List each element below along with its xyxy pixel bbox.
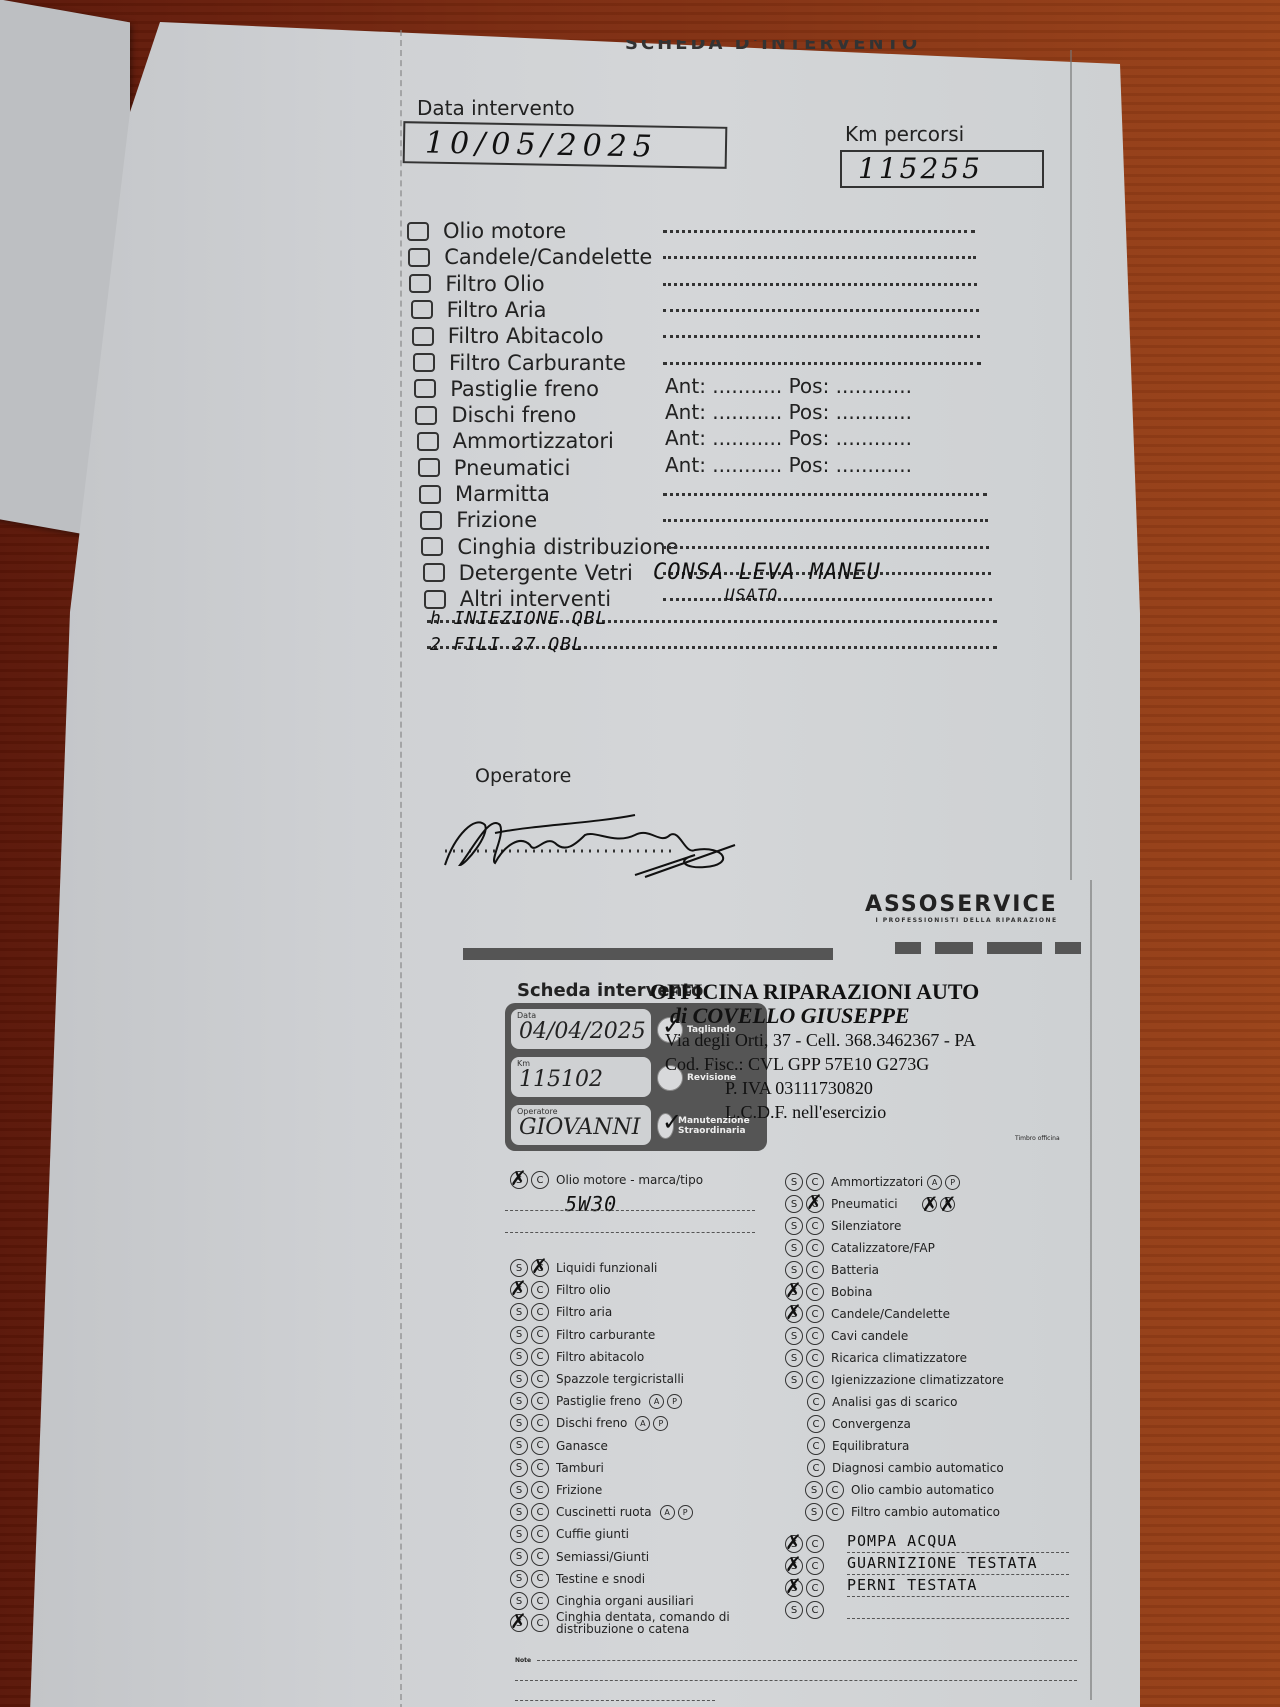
checkbox[interactable] [417,432,439,451]
c-circle[interactable]: C [531,1481,549,1499]
front-circle[interactable]: A [922,1197,937,1212]
service-line[interactable] [847,1574,1069,1575]
c-circle[interactable]: C [531,1459,549,1477]
service-label: Filtro aria [556,1305,612,1319]
s-circle[interactable]: S [510,1348,528,1366]
s-circle[interactable]: S [805,1481,823,1499]
band-segment [987,942,1042,954]
service-row: SCCatalizzatore/FAP [785,1238,935,1258]
checkbox[interactable] [421,537,443,556]
c-circle[interactable]: C [531,1370,549,1388]
service-row: SCSilenziatore [785,1216,901,1236]
checkbox[interactable] [408,248,430,267]
dotted-line[interactable] [663,493,987,496]
service-label: Cinghia organi ausiliari [556,1594,694,1608]
service-row: SCAmmortizzatoriAP [785,1172,963,1192]
checklist-item: Cinghia distribuzione [421,534,678,560]
service-row: SCOlio cambio automatico [805,1480,994,1500]
s-circle[interactable]: S [785,1601,803,1619]
checklist-item-label: Frizione [456,508,537,532]
s-circle[interactable]: S [510,1303,528,1321]
checklist-item: Frizione [420,507,537,533]
s-circle[interactable]: S [785,1371,803,1389]
km-field[interactable]: Km 115102 [511,1057,651,1097]
c-circle[interactable]: C [531,1548,549,1566]
c-circle[interactable]: C [531,1570,549,1588]
service-label: Tamburi [556,1461,604,1475]
stamp-line: L.C.D.F. nell'esercizio [650,1100,979,1124]
checklist-item: Dischi freno [415,402,576,428]
handwritten-note: USATO [725,585,778,604]
handwritten-service: POMPA ACQUA [847,1532,957,1550]
service-label: Cinghia dentata, comando di distribuzion… [556,1611,736,1635]
service-label: Ganasce [556,1439,608,1453]
checkbox[interactable] [419,485,441,504]
handwritten-note: h INIEZIONE QBL [430,608,608,629]
c-circle[interactable]: C [531,1326,549,1344]
checklist-item-label: Pastiglie freno [450,377,599,401]
stamp-caption: Timbro officina [1015,1135,1060,1142]
service-row: SCTamburi [510,1458,604,1478]
checklist-item-label: Dischi freno [451,403,576,427]
front-circle[interactable]: A [635,1416,650,1431]
service-label: Olio cambio automatico [851,1483,994,1497]
c-circle[interactable]: C [806,1557,824,1575]
service-row: SCTestine e snodi [510,1569,645,1589]
checklist-item-label: Filtro Carburante [449,351,626,375]
checklist-item: Detergente Vetri [423,560,633,586]
service-label: Cuscinetti ruota [556,1505,652,1519]
service-row: SC [785,1556,827,1576]
rear-circle[interactable]: P [945,1175,960,1190]
checklist-item-label: Marmitta [455,482,550,506]
checklist-item-label: Pneumatici [454,456,571,480]
c-circle[interactable]: C [531,1414,549,1432]
checklist-item: Filtro Carburante [413,350,626,376]
service-row: SCSpazzole tergicristalli [510,1369,684,1389]
checkbox[interactable] [414,379,436,398]
service-line[interactable] [847,1618,1069,1619]
handwritten-service: PERNI TESTATA [847,1576,977,1594]
km-value: 115102 [519,1067,603,1092]
c-circle[interactable]: C [807,1459,825,1477]
s-circle[interactable]: S [510,1437,528,1455]
service-label: Ammortizzatori [831,1175,923,1189]
service-row: SCCandele/Candelette [785,1304,950,1324]
service-row: SCCuffie giunti [510,1524,629,1544]
service-row: SCIgienizzazione climatizzatore [785,1370,1004,1390]
s-circle[interactable]: S [785,1283,803,1301]
service-label: Diagnosi cambio automatico [832,1461,1004,1475]
handwritten-note: 2 FILI 27 QBL [430,634,584,655]
service-row: SCDischi frenoAP [510,1413,671,1433]
km-field[interactable]: 115255 [840,150,1044,188]
band-segment [935,942,973,954]
ant-pos-fields[interactable]: Ant: ........... Pos: ............ [665,374,912,398]
s-circle[interactable]: S [510,1525,528,1543]
oil-type-value: 5W30 [565,1192,617,1216]
checkbox[interactable] [424,590,446,609]
checkbox[interactable] [415,406,437,425]
s-circle[interactable]: S [510,1614,528,1632]
service-label: Pneumatici [831,1197,898,1211]
s-circle[interactable]: S [785,1327,803,1345]
stamp-line: Cod. Fisc.: CVL GPP 57E10 G273G [650,1052,979,1076]
service-row: CEquilibratura [807,1436,909,1456]
c-circle[interactable]: C [806,1283,824,1301]
checklist-item-label: Detergente Vetri [459,561,633,585]
c-circle[interactable]: C [806,1195,824,1213]
workshop-stamp: OFFICINA RIPARAZIONI AUTO di COVELLO GIU… [650,980,979,1124]
c-circle[interactable]: C [806,1349,824,1367]
service-row: SCBobina [785,1282,872,1302]
operator-field[interactable]: Operatore GIOVANNI [511,1105,651,1145]
checklist-item-label: Ammortizzatori [453,429,614,453]
c-circle[interactable]: C [531,1614,549,1632]
handwritten-note: CONSA LEVA MANEU [653,560,881,585]
service-label: Filtro olio [556,1283,611,1297]
front-circle[interactable]: A [649,1394,664,1409]
service-row: SC [785,1578,827,1598]
s-circle[interactable]: S [785,1239,803,1257]
s-circle[interactable]: S [510,1326,528,1344]
service-label: Equilibratura [832,1439,909,1453]
s-circle[interactable]: S [510,1481,528,1499]
dotted-line[interactable] [663,519,988,522]
s-circle[interactable]: S [510,1259,528,1277]
km-label: Km percorsi [845,122,964,146]
c-circle[interactable]: C [806,1535,824,1553]
stamp-line: OFFICINA RIPARAZIONI AUTO [650,980,979,1004]
c-circle[interactable]: C [807,1393,825,1411]
checkbox[interactable] [407,222,429,241]
checkbox[interactable] [409,274,431,293]
s-circle[interactable]: S [510,1592,528,1610]
front-rear-options: AP [660,1505,696,1520]
service-label: Frizione [556,1483,602,1497]
s-circle[interactable]: S [510,1414,528,1432]
dotted-line[interactable] [663,309,979,312]
notes-line[interactable] [537,1660,1077,1661]
service-row: SCPastiglie frenoAP [510,1391,685,1411]
service-row: SCBatteria [785,1260,879,1280]
c-circle[interactable]: C [806,1239,824,1257]
service-row: SCCavi candele [785,1326,908,1346]
front-rear-options: AP [635,1416,671,1431]
stamp-line: P. IVA 03111730820 [650,1076,979,1100]
s-circle[interactable]: S [785,1261,803,1279]
s-circle[interactable]: S [805,1503,823,1521]
service-label: Dischi freno [556,1416,627,1430]
oil-type-line[interactable] [505,1210,755,1211]
service-row: SCCuscinetti ruotaAP [510,1502,696,1522]
service-row: SCFiltro olio [510,1280,611,1300]
c-circle[interactable]: C [806,1371,824,1389]
service-label: Convergenza [832,1417,911,1431]
assoservice-logo: ASSOSERVICE I PROFESSIONISTI DELLA RIPAR… [865,892,1058,924]
checklist-item: Marmitta [419,481,550,507]
date-field[interactable]: Data 04/04/2025 [511,1009,651,1049]
service-line[interactable] [847,1596,1069,1597]
checkbox[interactable] [412,327,434,346]
band-segment [1055,942,1081,954]
c-circle[interactable]: C [531,1348,549,1366]
ant-pos-fields[interactable]: Ant: ........... Pos: ............ [665,426,912,450]
service-label: Candele/Candelette [831,1307,950,1321]
service-row: SCFiltro carburante [510,1325,655,1345]
s-circle[interactable]: S [510,1503,528,1521]
c-circle[interactable]: C [806,1261,824,1279]
service-row: SCLiquidi funzionali [510,1258,657,1278]
c-circle[interactable]: C [531,1437,549,1455]
c-circle[interactable]: C [826,1503,844,1521]
rear-circle[interactable]: P [940,1197,955,1212]
c-circle[interactable]: C [806,1601,824,1619]
dotted-line[interactable] [663,546,989,549]
c-circle[interactable]: C [531,1259,549,1277]
assoservice-form: ASSOSERVICE I PROFESSIONISTI DELLA RIPAR… [455,880,1095,1707]
rear-circle[interactable]: P [678,1505,693,1520]
s-circle[interactable]: S [785,1305,803,1323]
checklist-item-label: Candele/Candelette [444,245,652,269]
service-label: Filtro abitacolo [556,1350,644,1364]
service-row: CDiagnosi cambio automatico [807,1458,1004,1478]
service-row: SCGanasce [510,1436,608,1456]
notes-line[interactable] [515,1700,715,1701]
c-circle[interactable]: C [806,1579,824,1597]
service-row: SCOlio motore - marca/tipo [510,1170,703,1190]
s-circle[interactable]: S [510,1392,528,1410]
service-label: Cuffie giunti [556,1527,629,1541]
c-circle[interactable]: C [531,1503,549,1521]
service-label: Semiassi/Giunti [556,1550,649,1564]
s-circle[interactable]: S [785,1349,803,1367]
notes-line[interactable] [515,1680,1077,1681]
c-circle[interactable]: C [531,1392,549,1410]
s-circle[interactable]: S [785,1579,803,1597]
km-value: 115255 [858,152,983,185]
service-row: SCFrizione [510,1480,602,1500]
checklist-item: Pneumatici [418,455,571,481]
front-rear-options: AP [922,1197,958,1212]
s-circle[interactable]: S [785,1535,803,1553]
c-circle[interactable]: C [531,1592,549,1610]
checkbox[interactable] [418,458,440,477]
s-circle[interactable]: S [785,1195,803,1213]
s-circle[interactable]: S [510,1570,528,1588]
dotted-line[interactable] [663,256,976,259]
checklist-item-label: Filtro Abitacolo [448,324,604,348]
service-label: Cavi candele [831,1329,908,1343]
service-row: SCCinghia organi ausiliari [510,1591,694,1611]
form-title: SCHEDA D'INTERVENTO [625,40,920,54]
c-circle[interactable]: C [806,1173,824,1191]
date-field[interactable]: 10/05/2025 [403,121,728,169]
service-row: SC [785,1534,827,1554]
date-value: 10/05/2025 [425,126,658,165]
service-row: CAnalisi gas di scarico [807,1392,957,1412]
top-service-form: SCHEDA D'INTERVENTO Data intervento 10/0… [395,30,1075,880]
checklist-item-label: Cinghia distribuzione [457,535,678,559]
stamp-line: Via degli Orti, 37 - Cell. 368.3462367 -… [650,1028,979,1052]
ant-pos-fields[interactable]: Ant: ........... Pos: ............ [665,453,912,477]
s-circle[interactable]: S [785,1557,803,1575]
operator-label: Operatore [475,765,571,787]
service-label: Silenziatore [831,1219,901,1233]
brand-name: ASSOSERVICE [865,892,1058,917]
dotted-line[interactable] [663,230,975,233]
service-label: Igienizzazione climatizzatore [831,1373,1004,1387]
service-label: Filtro cambio automatico [851,1505,1000,1519]
checkbox[interactable] [420,511,442,530]
operator-value: GIOVANNI [519,1115,640,1140]
c-circle[interactable]: C [807,1415,825,1433]
service-label: Filtro carburante [556,1328,655,1342]
checklist-item: Filtro Abitacolo [412,323,604,349]
checklist-item: Pastiglie freno [414,376,599,402]
notes-label: Note [515,1650,531,1670]
service-label: Liquidi funzionali [556,1261,657,1275]
checklist-item: Candele/Candelette [408,244,652,270]
c-circle[interactable]: C [806,1217,824,1235]
s-circle[interactable]: S [785,1173,803,1191]
checklist-item: Olio motore [407,218,566,244]
checklist-item-label: Filtro Olio [445,272,544,296]
rear-circle[interactable]: P [667,1394,682,1409]
service-label: Analisi gas di scarico [832,1395,957,1409]
service-row: SCCinghia dentata, comando di distribuzi… [510,1613,736,1633]
c-circle[interactable]: C [806,1327,824,1345]
stamp-line: di COVELLO GIUSEPPE [650,1004,979,1028]
front-rear-options: AP [927,1175,963,1190]
checklist-item: Filtro Aria [411,297,547,323]
service-row: CConvergenza [807,1414,911,1434]
service-label: Pastiglie freno [556,1394,641,1408]
c-circle[interactable]: C [531,1281,549,1299]
c-circle[interactable]: C [807,1437,825,1455]
service-label: Bobina [831,1285,872,1299]
front-circle[interactable]: A [927,1175,942,1190]
checklist-item: Filtro Olio [409,271,544,297]
service-row: SCPneumaticiAP [785,1194,958,1214]
service-label: Testine e snodi [556,1572,645,1586]
c-circle[interactable]: C [806,1305,824,1323]
s-circle[interactable]: S [510,1171,528,1189]
checkbox[interactable] [423,563,445,582]
oil-type-line[interactable] [505,1232,755,1233]
dotted-line[interactable] [663,335,980,338]
checklist-item-label: Filtro Aria [447,298,547,322]
service-label: Olio motore - marca/tipo [556,1173,703,1187]
checkbox[interactable] [413,353,435,372]
s-circle[interactable]: S [510,1370,528,1388]
checkbox[interactable] [411,300,433,319]
c-circle[interactable]: C [531,1171,549,1189]
service-row: SCRicarica climatizzatore [785,1348,967,1368]
service-row: SCSemiassi/Giunti [510,1547,649,1567]
service-row: SCFiltro cambio automatico [805,1502,1000,1522]
checklist-item: Ammortizzatori [417,428,614,454]
s-circle[interactable]: S [510,1459,528,1477]
service-row: SCFiltro aria [510,1302,612,1322]
front-rear-options: AP [649,1394,685,1409]
service-label: Spazzole tergicristalli [556,1372,684,1386]
handwritten-service: GUARNIZIONE TESTATA [847,1554,1038,1572]
rear-circle[interactable]: P [653,1416,668,1431]
ant-pos-fields[interactable]: Ant: ........... Pos: ............ [665,400,912,424]
dotted-line[interactable] [663,362,981,365]
c-circle[interactable]: C [826,1481,844,1499]
c-circle[interactable]: C [531,1303,549,1321]
service-label: Batteria [831,1263,879,1277]
s-circle[interactable]: S [510,1548,528,1566]
service-row: SC [785,1600,827,1620]
c-circle[interactable]: C [531,1525,549,1543]
header-band [463,948,833,960]
s-circle[interactable]: S [785,1217,803,1235]
date-value: 04/04/2025 [519,1019,646,1044]
front-circle[interactable]: A [660,1505,675,1520]
service-row: SCFiltro abitacolo [510,1347,644,1367]
band-segment [895,942,921,954]
service-label: Ricarica climatizzatore [831,1351,967,1365]
dotted-line[interactable] [663,598,992,601]
date-label: Data intervento [417,96,575,120]
dotted-line[interactable] [663,283,977,286]
brand-tagline: I PROFESSIONISTI DELLA RIPARAZIONE [865,917,1058,924]
checklist-item-label: Olio motore [443,219,566,243]
service-line[interactable] [847,1552,1069,1553]
service-label: Catalizzatore/FAP [831,1241,935,1255]
s-circle[interactable]: S [510,1281,528,1299]
